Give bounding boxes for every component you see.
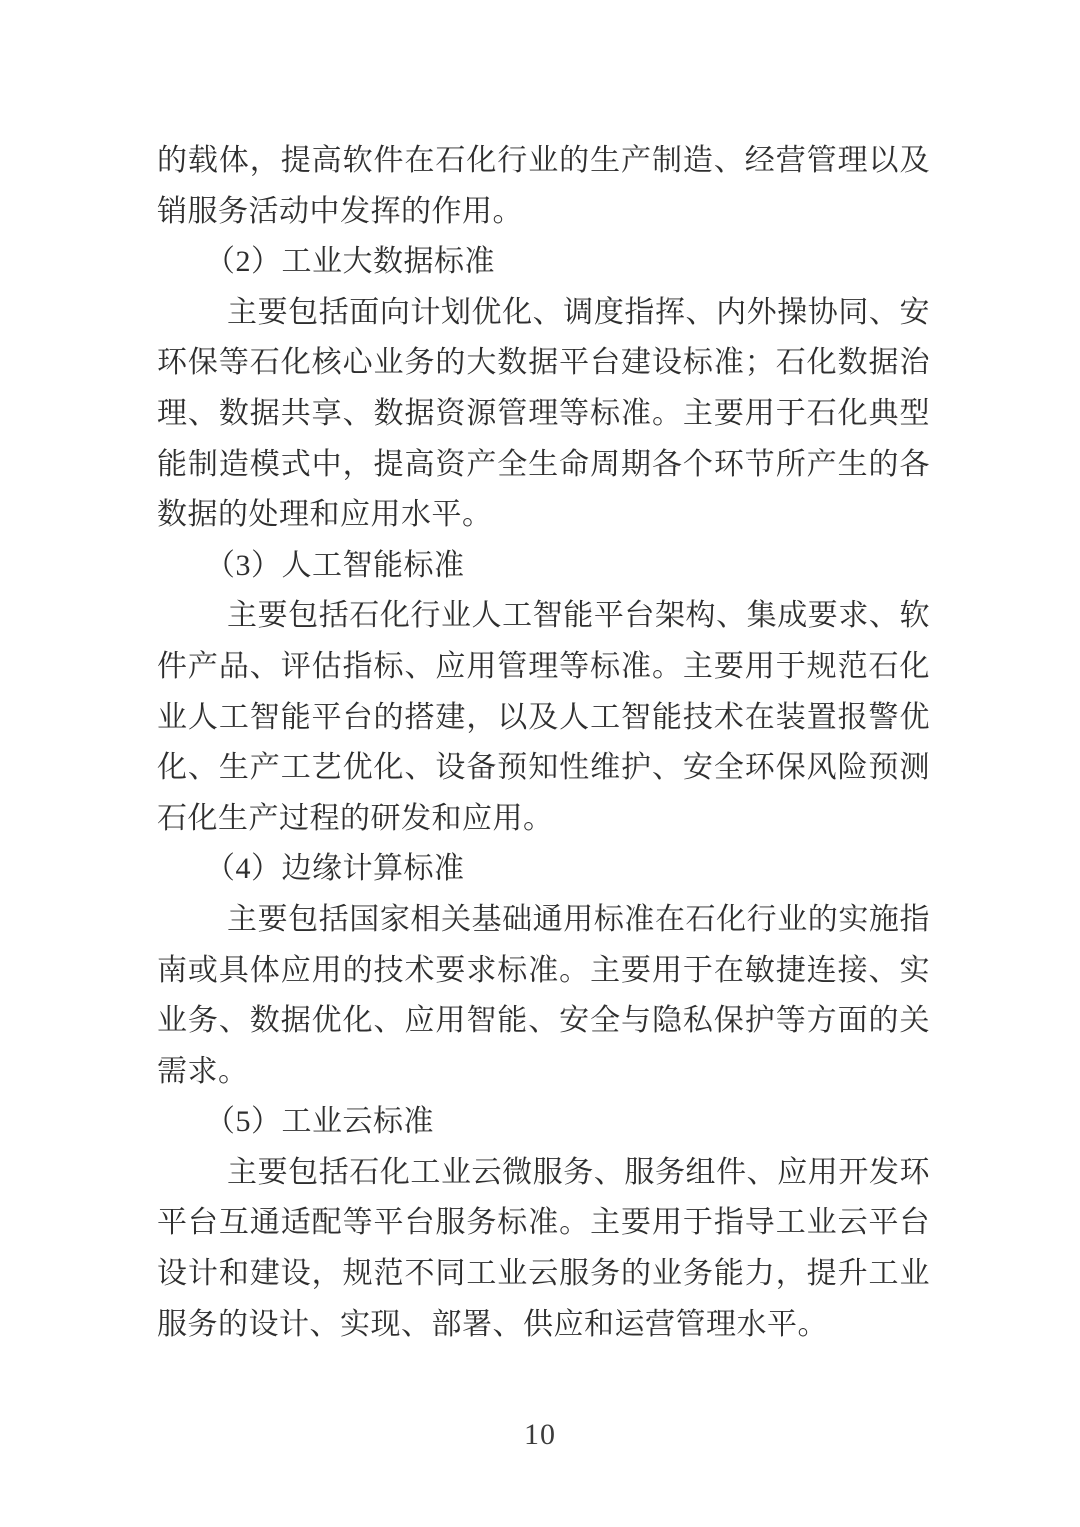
paragraph-line: 主要包括国家相关基础通用标准在石化行业的实施指	[157, 895, 930, 946]
section-heading-artificial-intelligence: （3）人工智能标准	[157, 541, 930, 592]
paragraph-line: 主要包括石化行业人工智能平台架构、集成要求、软硬	[157, 591, 930, 642]
section-heading-industrial-big-data: （2）工业大数据标准	[157, 237, 930, 288]
paragraph-line: 服务的设计、实现、部署、供应和运营管理水平。	[157, 1300, 930, 1351]
paragraph-line: 业人工智能平台的搭建，以及人工智能技术在装置报警优	[157, 693, 930, 744]
page-number: 10	[0, 1418, 1080, 1452]
document-page: 的载体，提高软件在石化行业的生产制造、经营管理以及营 销服务活动中发挥的作用。 …	[0, 0, 1080, 1527]
paragraph-line: 能制造模式中，提高资产全生命周期各个环节所产生的各类	[157, 440, 930, 491]
paragraph-line: 石化生产过程的研发和应用。	[157, 794, 930, 845]
paragraph-line: 销服务活动中发挥的作用。	[157, 187, 930, 238]
paragraph-line: 主要包括石化工业云微服务、服务组件、应用开发环境、	[157, 1148, 930, 1199]
paragraph-line: 主要包括面向计划优化、调度指挥、内外操协同、安全	[157, 288, 930, 339]
paragraph-line: 的载体，提高软件在石化行业的生产制造、经营管理以及营	[157, 136, 930, 187]
section-heading-edge-computing: （4）边缘计算标准	[157, 844, 930, 895]
paragraph-line: 数据的处理和应用水平。	[157, 490, 930, 541]
paragraph-line: 设计和建设，规范不同工业云服务的业务能力，提升工业云	[157, 1249, 930, 1300]
paragraph-line: 件产品、评估指标、应用管理等标准。主要用于规范石化行	[157, 642, 930, 693]
paragraph-line: 环保等石化核心业务的大数据平台建设标准；石化数据治	[157, 338, 930, 389]
section-heading-industrial-cloud: （5）工业云标准	[157, 1097, 930, 1148]
paragraph-line: 需求。	[157, 1047, 930, 1098]
paragraph-line: 业务、数据优化、应用智能、安全与隐私保护等方面的关键	[157, 996, 930, 1047]
paragraph-line: 理、数据共享、数据资源管理等标准。主要用于石化典型智	[157, 389, 930, 440]
paragraph-line: 南或具体应用的技术要求标准。主要用于在敏捷连接、实时	[157, 946, 930, 997]
paragraph-line: 化、生产工艺优化、设备预知性维护、安全环保风险预测等	[157, 743, 930, 794]
document-body: 的载体，提高软件在石化行业的生产制造、经营管理以及营 销服务活动中发挥的作用。 …	[157, 136, 930, 1350]
paragraph-line: 平台互通适配等平台服务标准。主要用于指导工业云平台的	[157, 1198, 930, 1249]
